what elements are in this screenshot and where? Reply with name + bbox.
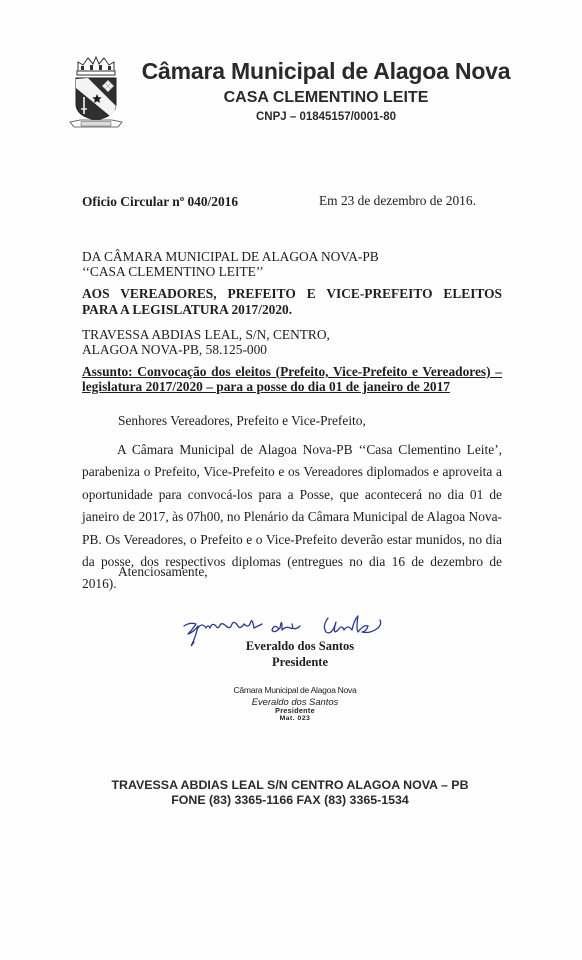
stamp-registration: Mat. 023 [230, 715, 360, 723]
address-line-2: ALAGOA NOVA-PB, 58.125-000 [82, 342, 267, 358]
document-reference: Oficio Circular nº 040/2016 [82, 194, 238, 210]
stamp-institution: Câmara Municipal de Alagoa Nova [230, 685, 360, 696]
footer-address: TRAVESSA ABDIAS LEAL S/N CENTRO ALAGOA N… [80, 778, 500, 792]
salutation: Senhores Vereadores, Prefeito e Vice-Pre… [118, 413, 366, 429]
institution-subtitle: CASA CLEMENTINO LEITE [136, 89, 516, 107]
sender-line-2: ‘‘CASA CLEMENTINO LEITE’’ [82, 264, 264, 280]
address-line-1: TRAVESSA ABDIAS LEAL, S/N, CENTRO, [82, 327, 330, 343]
sender-line-1: DA CÂMARA MUNICIPAL DE ALAGOA NOVA-PB [82, 249, 379, 265]
footer-phones: FONE (83) 3365-1166 FAX (83) 3365-1534 [80, 793, 500, 807]
letter-page: Câmara Municipal de Alagoa Nova CASA CLE… [0, 0, 582, 960]
official-stamp: Câmara Municipal de Alagoa Nova Everaldo… [230, 685, 360, 723]
stamp-role: Presidente [230, 707, 360, 715]
institution-title: Câmara Municipal de Alagoa Nova [136, 58, 516, 85]
signatory-name: Everaldo dos Santos [236, 639, 364, 654]
subject-line: Assunto: Convocação dos eleitos (Prefeit… [82, 364, 502, 394]
recipients: AOS VEREADORES, PREFEITO E VICE-PREFEITO… [82, 286, 502, 318]
signatory-role: Presidente [236, 655, 364, 670]
coat-of-arms-icon [66, 52, 126, 130]
institution-cnpj: CNPJ – 01845157/0001-80 [136, 111, 516, 123]
closing: Atenciosamente, [118, 564, 208, 580]
document-date: Em 23 de dezembro de 2016. [319, 193, 476, 209]
